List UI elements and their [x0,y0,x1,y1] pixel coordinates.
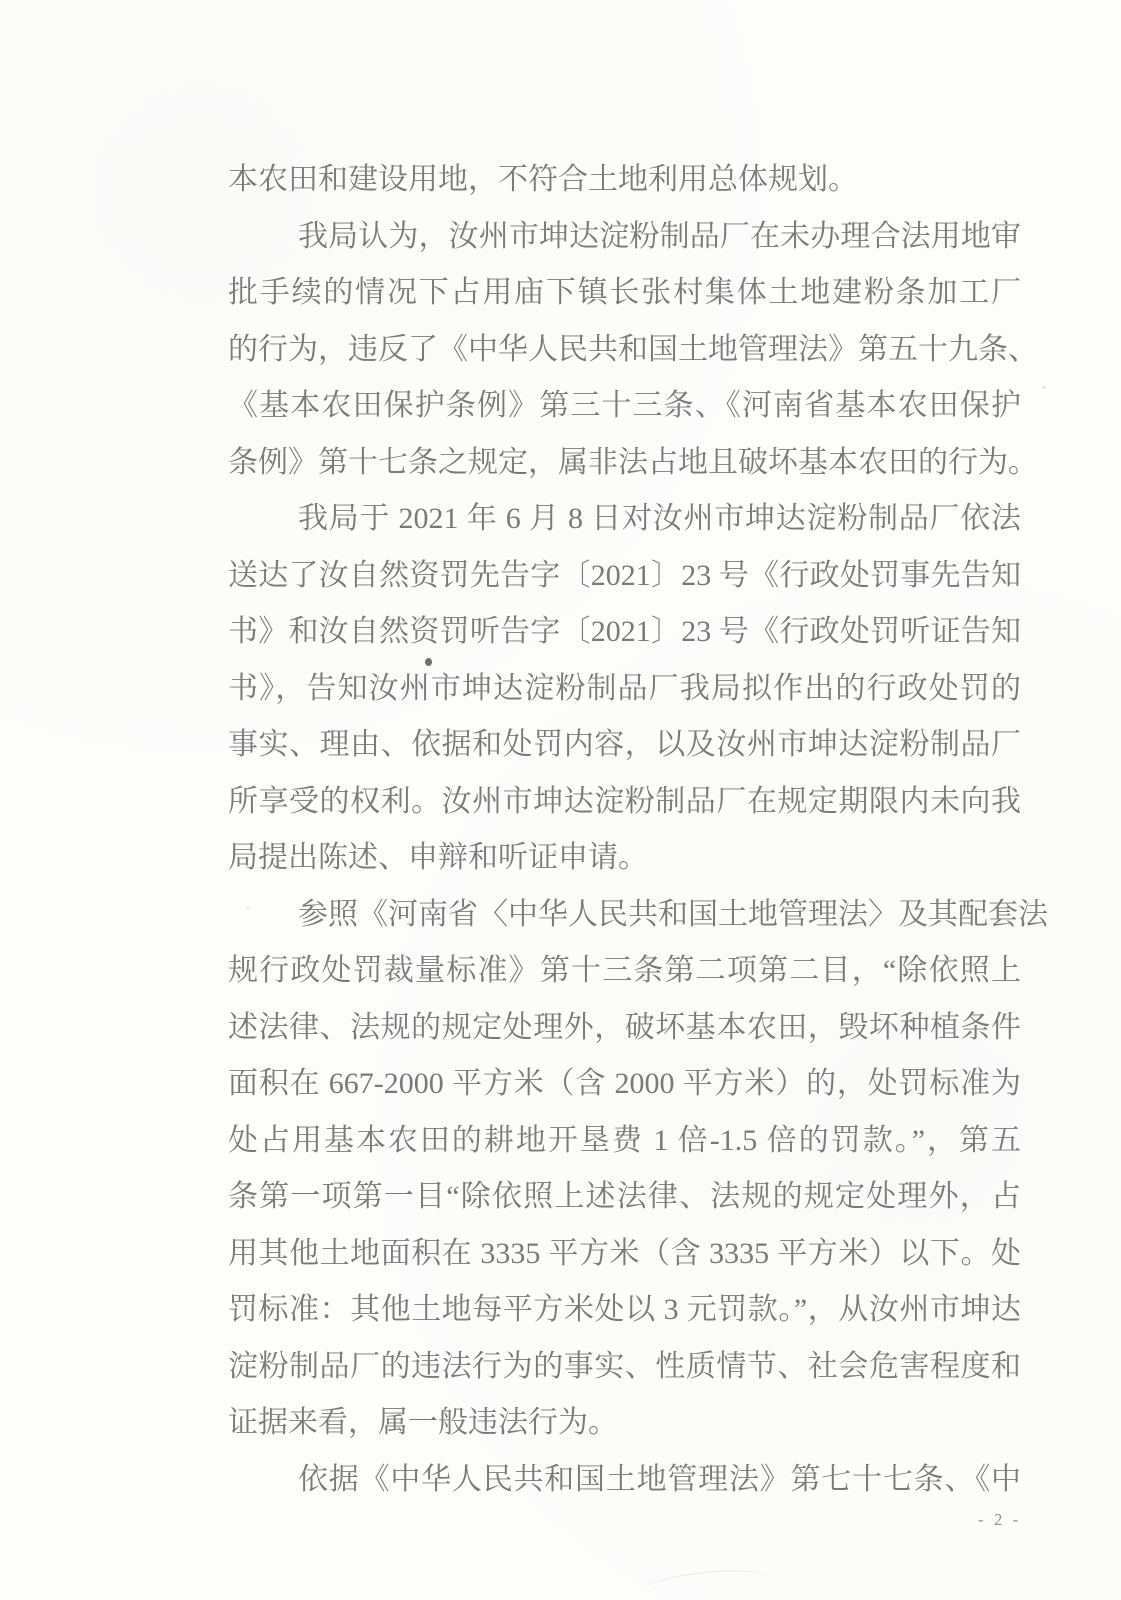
text-line: 处占用基本农田的耕地开垦费 1 倍-1.5 倍的罚款。”，第五 [228,1113,1021,1170]
text-line: 述法律、法规的规定处理外，破坏基本农田，毁坏种植条件 [228,1000,1021,1057]
text-line: 罚标准：其他土地每平方米处以 3 元罚款。”，从汝州市坤达 [228,1282,1021,1339]
text-line: 证据来看，属一般违法行为。 [228,1395,1021,1452]
text-line: 用其他土地面积在 3335 平方米（含 3335 平方米）以下。处 [228,1226,1021,1283]
text-line: 淀粉制品厂的违法行为的事实、性质情节、社会危害程度和 [228,1339,1021,1396]
text-line: 送达了汝自然资罚先告字〔2021〕23 号《行政处罚事先告知 [228,548,1021,605]
scan-scratch-artifact [639,1565,771,1600]
text-line: 局提出陈述、申辩和听证申请。 [228,830,1021,887]
text-line: 所享受的权利。汝州市坤达淀粉制品厂在规定期限内未向我 [228,774,1021,831]
text-line: 我局认为，汝州市坤达淀粉制品厂在未办理合法用地审 [228,209,1021,266]
ink-speck [553,850,557,854]
text-line: 的行为，违反了《中华人民共和国土地管理法》第五十九条、 [228,322,1021,379]
text-line: 规行政处罚裁量标准》第十三条第二项第二目，“除依照上 [228,943,1021,1000]
text-line: 我局于 2021 年 6 月 8 日对汝州市坤达淀粉制品厂依法 [228,491,1021,548]
text-line: 参照《河南省〈中华人民共和国土地管理法〉及其配套法 [228,887,1021,944]
text-line: 面积在 667-2000 平方米（含 2000 平方米）的，处罚标准为 [228,1056,1021,1113]
text-line: 条例》第十七条之规定，属非法占地且破坏基本农田的行为。 [228,435,1021,492]
text-line: 书》，告知汝州市坤达淀粉制品厂我局拟作出的行政处罚的 [228,661,1021,718]
text-line: 本农田和建设用地，不符合土地利用总体规划。 [228,152,1021,209]
text-line: 《基本农田保护条例》第三十三条、《河南省基本农田保护 [228,378,1021,435]
ink-speck [1042,386,1046,389]
text-line: 条第一项第一目“除依照上述法律、法规的规定处理外，占 [228,1169,1021,1226]
scanned-document-page: 本农田和建设用地，不符合土地利用总体规划。 我局认为，汝州市坤达淀粉制品厂在未办… [0,0,1121,1600]
ink-speck [425,658,432,666]
text-line: 书》和汝自然资罚听告字〔2021〕23 号《行政处罚听证告知 [228,604,1021,661]
ink-speck [246,906,249,909]
text-line: 批手续的情况下占用庙下镇长张村集体土地建粉条加工厂 [228,265,1021,322]
text-line: 事实、理由、依据和处罚内容，以及汝州市坤达淀粉制品厂 [228,717,1021,774]
text-line: 依据《中华人民共和国土地管理法》第七十七条、《中 [228,1452,1021,1509]
document-body-text: 本农田和建设用地，不符合土地利用总体规划。 我局认为，汝州市坤达淀粉制品厂在未办… [228,152,1021,1508]
page-number: - 2 - [978,1510,1021,1530]
